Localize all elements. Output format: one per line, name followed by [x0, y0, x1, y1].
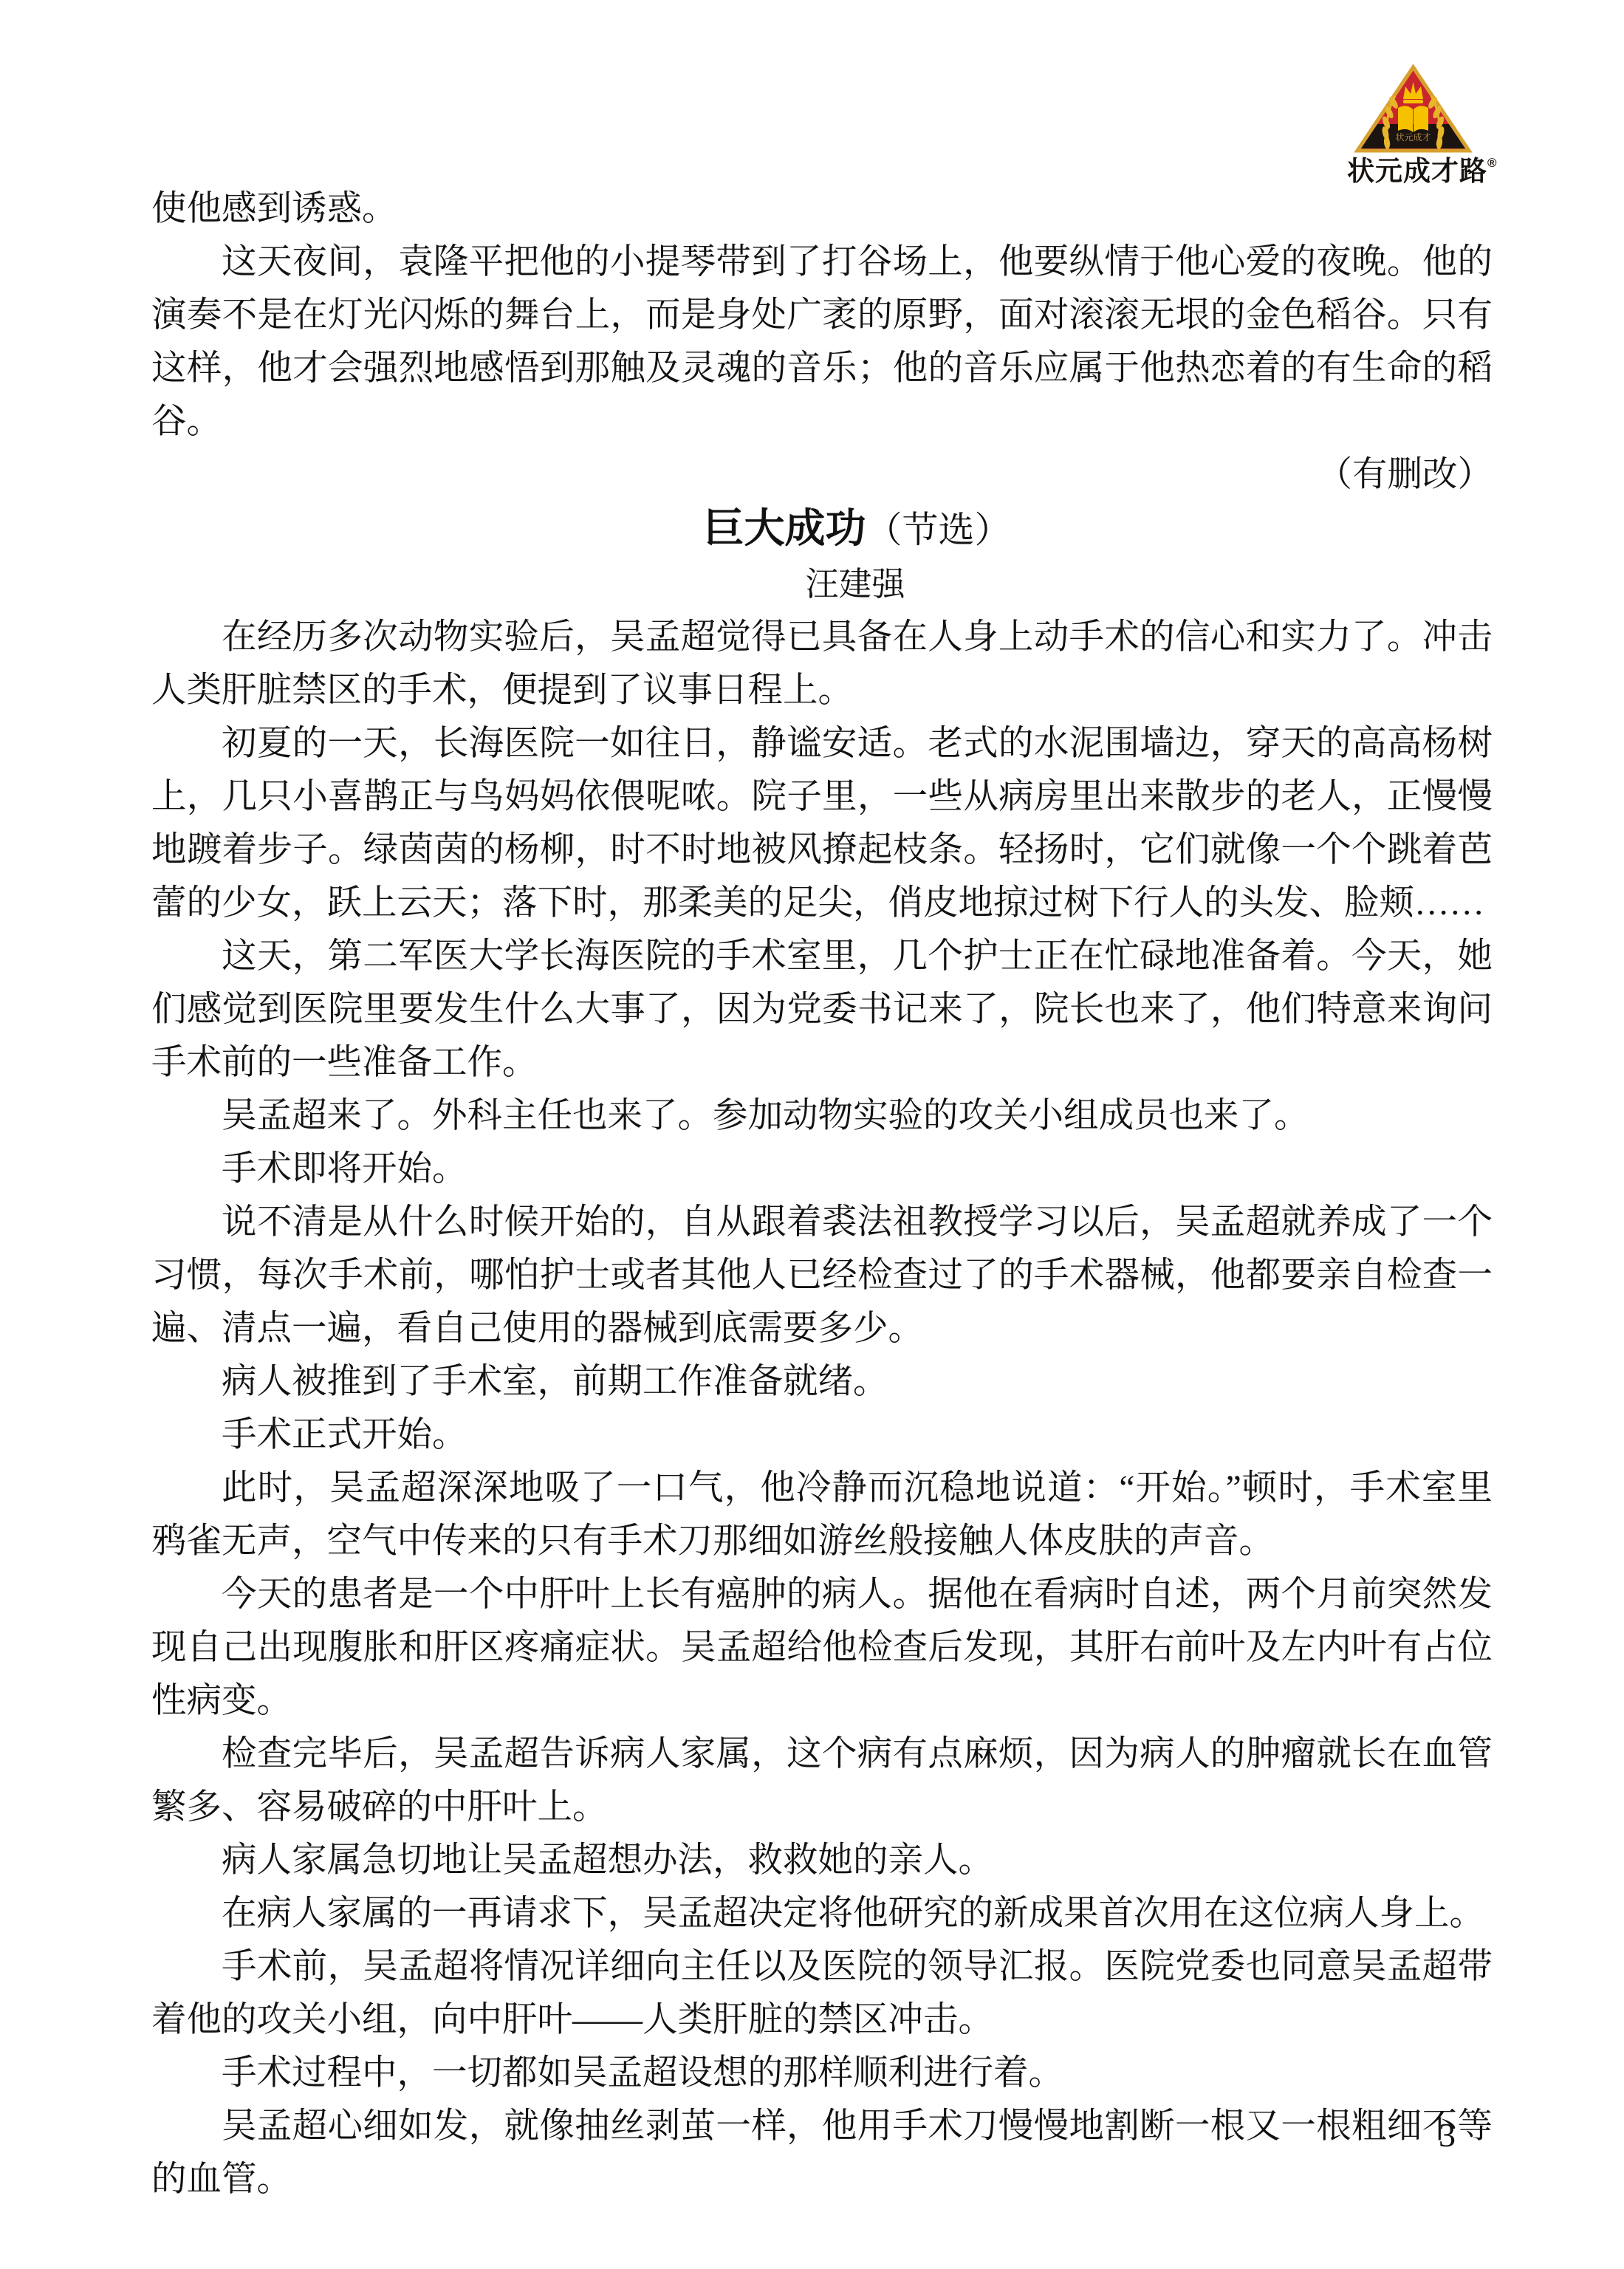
- body-paragraph: 此时，吴孟超深深地吸了一口气，他冷静而沉稳地说道：“开始。”顿时，手术室里鸦雀无…: [151, 1462, 1493, 1568]
- logo-emblem-text: 状元成才: [1395, 131, 1431, 143]
- intro-paragraph: 这天夜间，袁隆平把他的小提琴带到了打谷场上，他要纵情于他心爱的夜晚。他的演奏不是…: [151, 236, 1493, 448]
- body-paragraph: 病人家属急切地让吴孟超想办法，救救她的亲人。: [151, 1834, 1493, 1887]
- body-paragraph: 这天，第二军医大学长海医院的手术室里，几个护士正在忙碌地准备着。今天，她们感觉到…: [151, 930, 1493, 1089]
- body-paragraph: 手术前，吴孟超将情况详细向主任以及医院的领导汇报。医院党委也同意吴孟超带着他的攻…: [151, 1940, 1493, 2047]
- page-number: 3: [1439, 2118, 1456, 2152]
- body-paragraph: 吴孟超心细如发，就像抽丝剥茧一样，他用手术刀慢慢地割断一根又一根粗细不等的血管。: [151, 2100, 1493, 2206]
- article-author: 汪建强: [151, 558, 1493, 611]
- body-paragraph: 手术正式开始。: [151, 1409, 1493, 1462]
- body-paragraph: 吴孟超来了。外科主任也来了。参加动物实验的攻关小组成员也来了。: [151, 1089, 1493, 1143]
- article-title-suffix: （节选）: [866, 510, 1011, 550]
- body-paragraph: 今天的患者是一个中肝叶上长有癌肿的病人。据他在看病时自述，两个月前突然发现自己出…: [151, 1568, 1493, 1728]
- logo-wordmark: 状元成才路®: [1347, 157, 1479, 185]
- body-paragraph: 在病人家属的一再请求下，吴孟超决定将他研究的新成果首次用在这位病人身上。: [151, 1887, 1493, 1940]
- text-column: 使他感到诱惑。 这天夜间，袁隆平把他的小提琴带到了打谷场上，他要纵情于他心爱的夜…: [151, 182, 1493, 2206]
- body-paragraph: 手术即将开始。: [151, 1143, 1493, 1196]
- body-paragraph: 初夏的一天，长海医院一如往日，静谧安适。老式的水泥围墙边，穿天的高高杨树上，几只…: [151, 717, 1493, 930]
- intro-attribution: （有删改）: [151, 448, 1493, 502]
- crown-book-wheat-triangle-icon: 状元成才: [1352, 62, 1474, 155]
- intro-continuation-line: 使他感到诱惑。: [151, 182, 1493, 236]
- article-body: 在经历多次动物实验后，吴孟超觉得已具备在人身上动手术的信心和实力了。冲击人类肝脏…: [151, 611, 1493, 2206]
- body-paragraph: 手术过程中，一切都如吴孟超设想的那样顺利进行着。: [151, 2047, 1493, 2100]
- article-title-main: 巨大成功: [703, 505, 866, 551]
- logo-brand-name: 状元成才路: [1347, 156, 1487, 186]
- document-page: 状元成才 状元成才路® 使他感到诱惑。 这天夜间，袁隆平把他的小提琴带到了打谷场…: [0, 0, 1624, 2269]
- registered-trademark-symbol: ®: [1487, 156, 1498, 170]
- article-title: 巨大成功（节选）: [151, 502, 1493, 558]
- brand-logo: 状元成才 状元成才路®: [1347, 62, 1479, 185]
- body-paragraph: 说不清是从什么时候开始的，自从跟着裘法祖教授学习以后，吴孟超就养成了一个习惯，每…: [151, 1196, 1493, 1355]
- body-paragraph: 在经历多次动物实验后，吴孟超觉得已具备在人身上动手术的信心和实力了。冲击人类肝脏…: [151, 611, 1493, 717]
- body-paragraph: 检查完毕后，吴孟超告诉病人家属，这个病有点麻烦，因为病人的肿瘤就长在血管繁多、容…: [151, 1728, 1493, 1834]
- body-paragraph: 病人被推到了手术室，前期工作准备就绪。: [151, 1355, 1493, 1409]
